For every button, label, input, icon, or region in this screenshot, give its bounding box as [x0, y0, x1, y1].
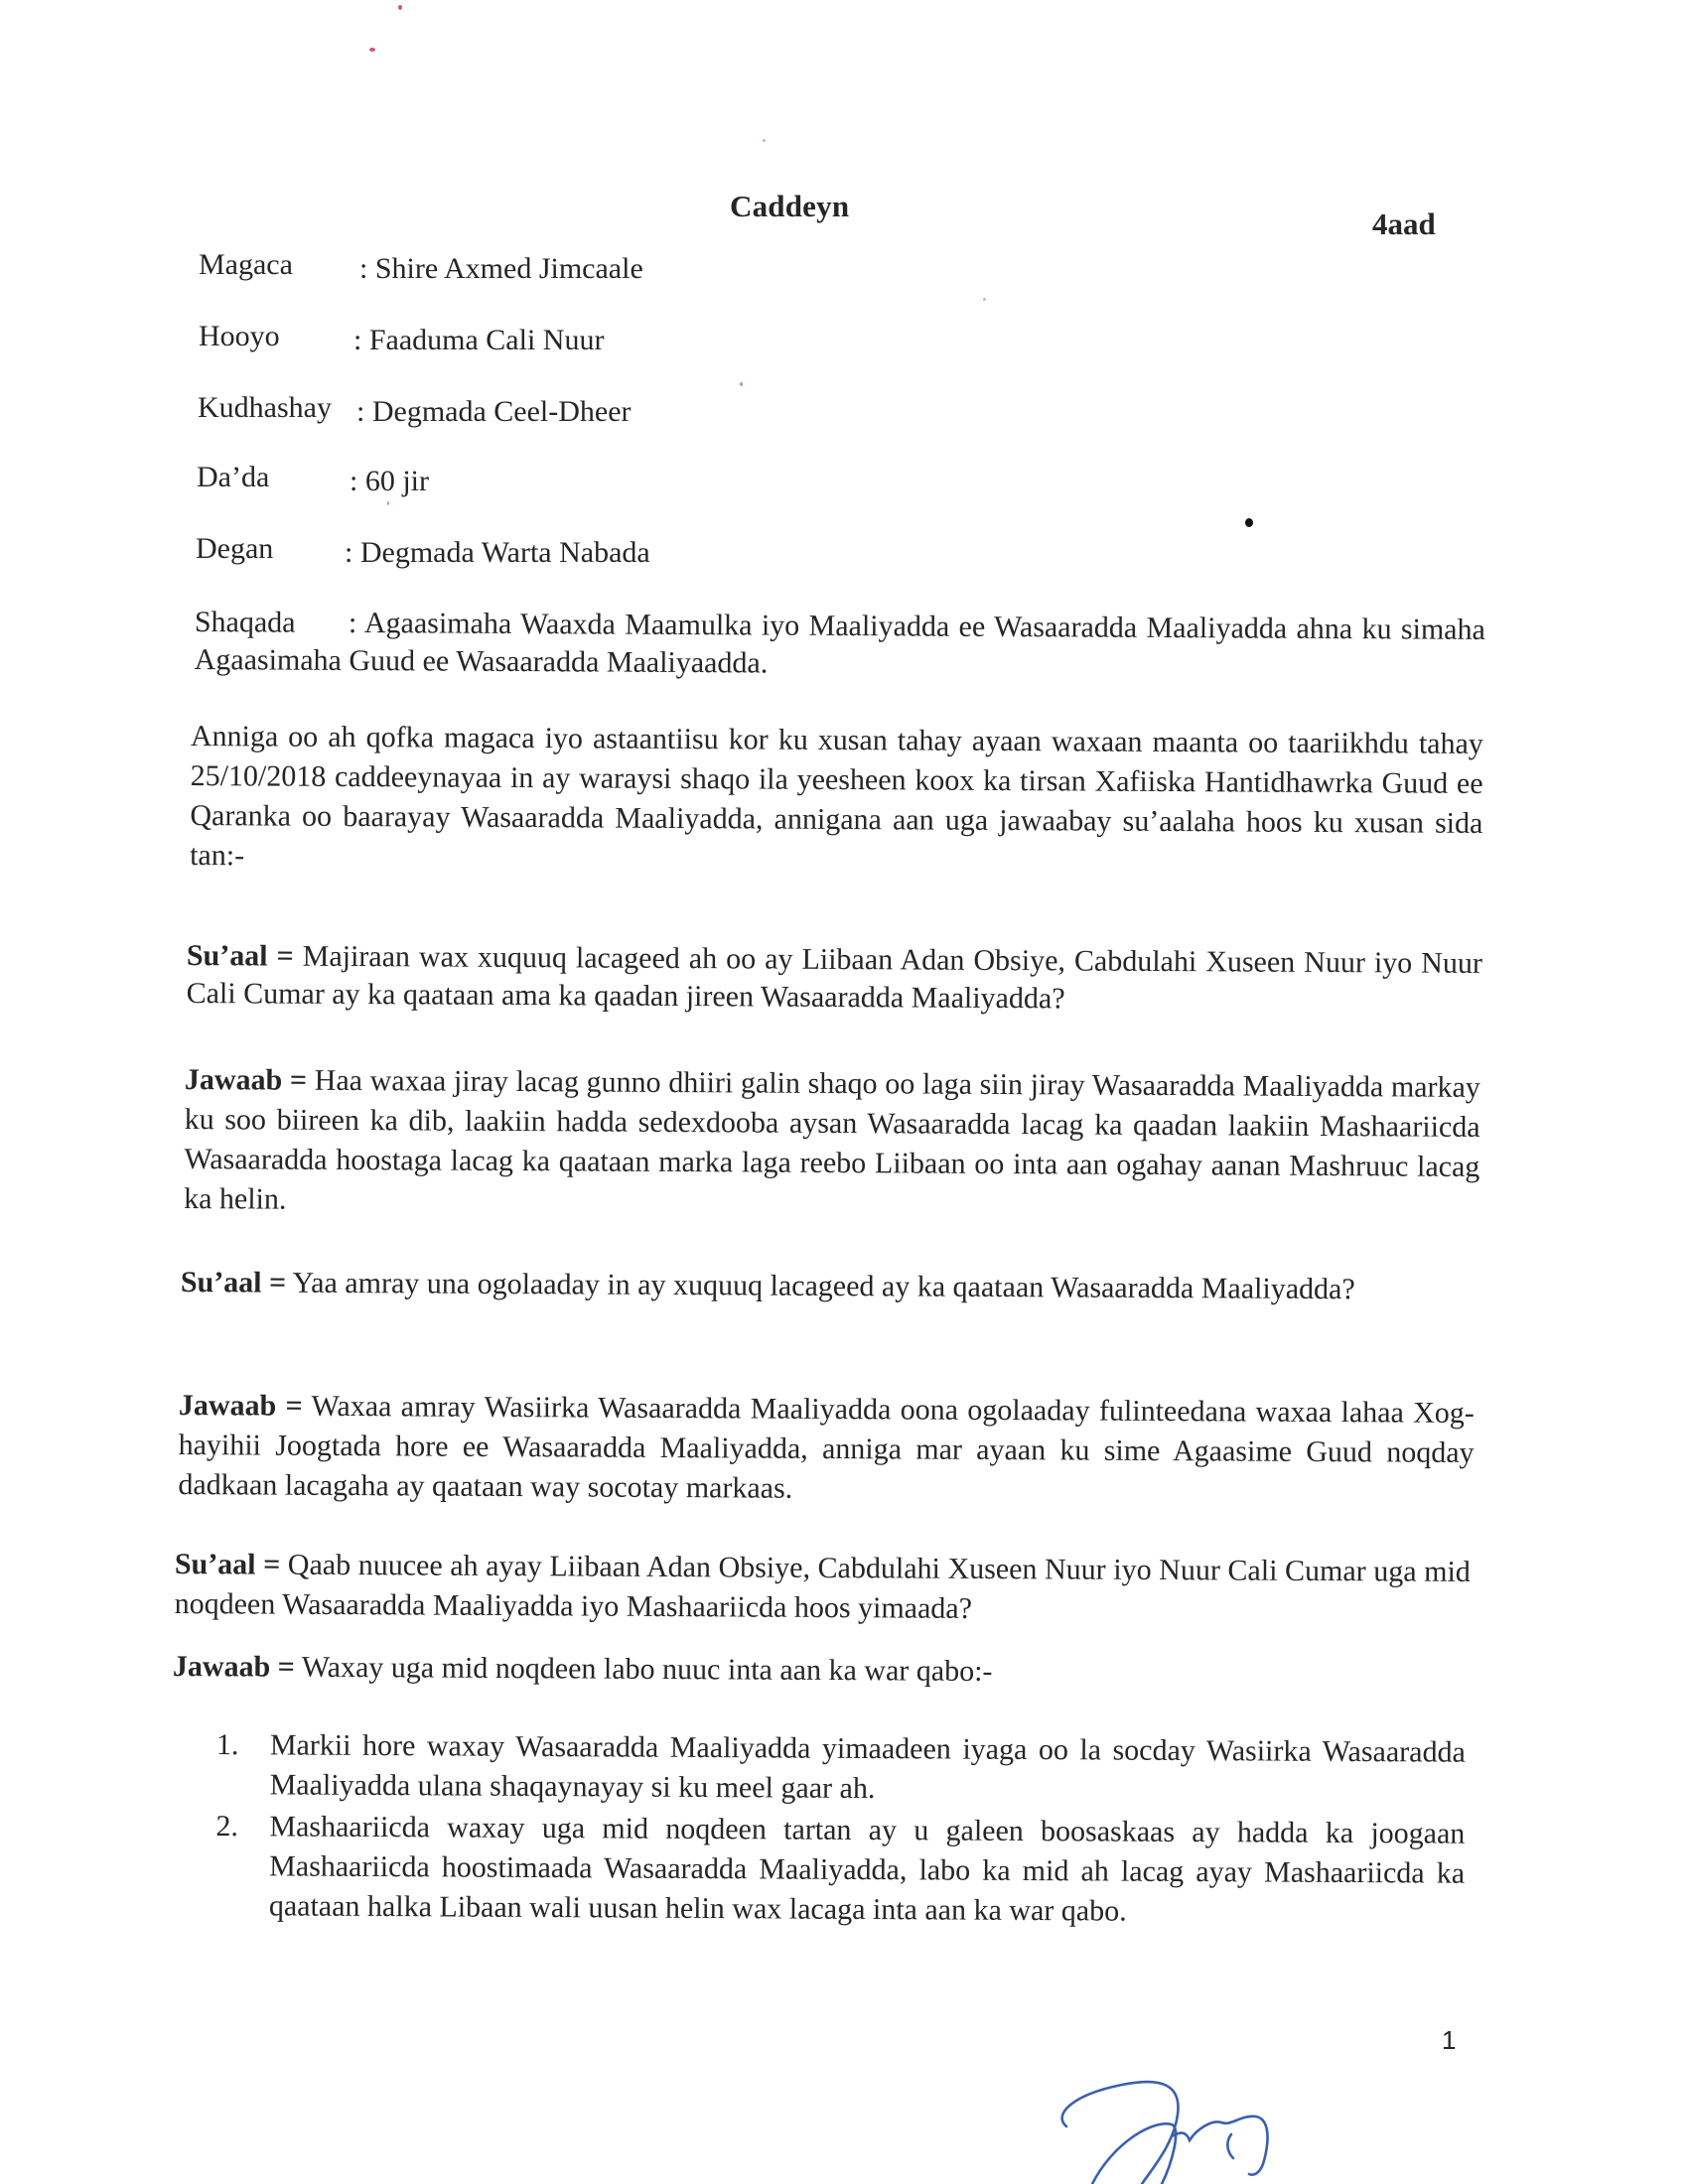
answer-text: Waxay uga mid noqdeen labo nuuc inta aan…: [302, 1651, 993, 1688]
list-item-text: Markii hore waxay Wasaaradda Maaliyadda …: [270, 1728, 1466, 1805]
question-label: Su’aal =: [175, 1548, 281, 1581]
field-label: Magaca: [199, 248, 293, 282]
scan-speck: [983, 298, 986, 301]
qa-question-2: Su’aal = Yaa amray una ogolaaday in ay x…: [181, 1263, 1477, 1310]
scan-speck: [740, 382, 743, 386]
field-value: : Faaduma Cali Nuur: [353, 324, 604, 357]
list-item-number: 1.: [216, 1725, 239, 1765]
field-value: : Shire Axmed Jimcaale: [359, 252, 643, 286]
scan-speck: [398, 5, 402, 10]
field-shaqada: Shaqada: Agaasimaha Waaxda Maamulka iyo …: [195, 604, 1485, 687]
answer-label: Jawaab =: [179, 1389, 303, 1423]
document-mark: 4aad: [1372, 206, 1436, 242]
field-label: Degan: [196, 532, 273, 566]
qa-question-1: Su’aal = Majiraan wax xuquuq lacageed ah…: [187, 937, 1482, 1021]
list-item: 2. Mashaariicda waxay uga mid noqdeen ta…: [215, 1807, 1466, 1934]
field-value: : Degmada Ceel-Dheer: [356, 395, 632, 429]
qa-answer-2: Jawaab = Waxaa amray Wasiirka Wasaaradda…: [178, 1386, 1475, 1513]
answer-text: Haa waxaa jiray lacag gunno dhiiri galin…: [184, 1064, 1480, 1216]
answer-label: Jawaab =: [173, 1650, 295, 1684]
field-label: Shaqada: [195, 604, 349, 642]
answer-list: 1. Markii hore waxay Wasaaradda Maaliyad…: [215, 1725, 1466, 1936]
list-item-number: 2.: [215, 1807, 238, 1846]
field-value: : 60 jir: [350, 465, 429, 498]
answer-label: Jawaab =: [185, 1063, 307, 1097]
field-label: Da’da: [197, 461, 269, 494]
question-label: Su’aal =: [187, 939, 294, 973]
qa-question-3: Su’aal = Qaab nuucee ah ayay Liibaan Ada…: [175, 1545, 1471, 1632]
scan-speck: [387, 501, 389, 505]
field-label: Kudhashay: [198, 391, 332, 425]
ink-dot: [1245, 518, 1253, 527]
question-label: Su’aal =: [181, 1266, 286, 1299]
qa-answer-1: Jawaab = Haa waxaa jiray lacag gunno dhi…: [184, 1060, 1480, 1227]
list-item: 1. Markii hore waxay Wasaaradda Maaliyad…: [216, 1725, 1466, 1813]
page-number: 1: [1442, 2025, 1456, 2056]
signature-icon: [1033, 2075, 1291, 2184]
field-label: Hooyo: [199, 320, 280, 353]
question-text: Yaa amray una ogolaaday in ay xuquuq lac…: [292, 1267, 1354, 1306]
scan-speck: [763, 139, 766, 142]
qa-answer-3: Jawaab = Waxay uga mid noqdeen labo nuuc…: [173, 1648, 1469, 1694]
field-value: : Degmada Warta Nabada: [345, 536, 650, 570]
document-title: Caddeyn: [730, 189, 849, 224]
intro-paragraph: Anniga oo ah qofka magaca iyo astaantiis…: [190, 717, 1483, 884]
question-text: Majiraan wax xuquuq lacageed ah oo ay Li…: [187, 940, 1482, 1016]
answer-text: Waxaa amray Wasiirka Wasaaradda Maaliyad…: [178, 1390, 1475, 1505]
scan-speck: [369, 48, 375, 52]
question-text: Qaab nuucee ah ayay Liibaan Adan Obsiye,…: [175, 1549, 1471, 1625]
list-item-text: Mashaariicda waxay uga mid noqdeen tarta…: [269, 1810, 1466, 1927]
field-value: : Agaasimaha Waaxda Maamulka iyo Maaliya…: [195, 607, 1485, 680]
